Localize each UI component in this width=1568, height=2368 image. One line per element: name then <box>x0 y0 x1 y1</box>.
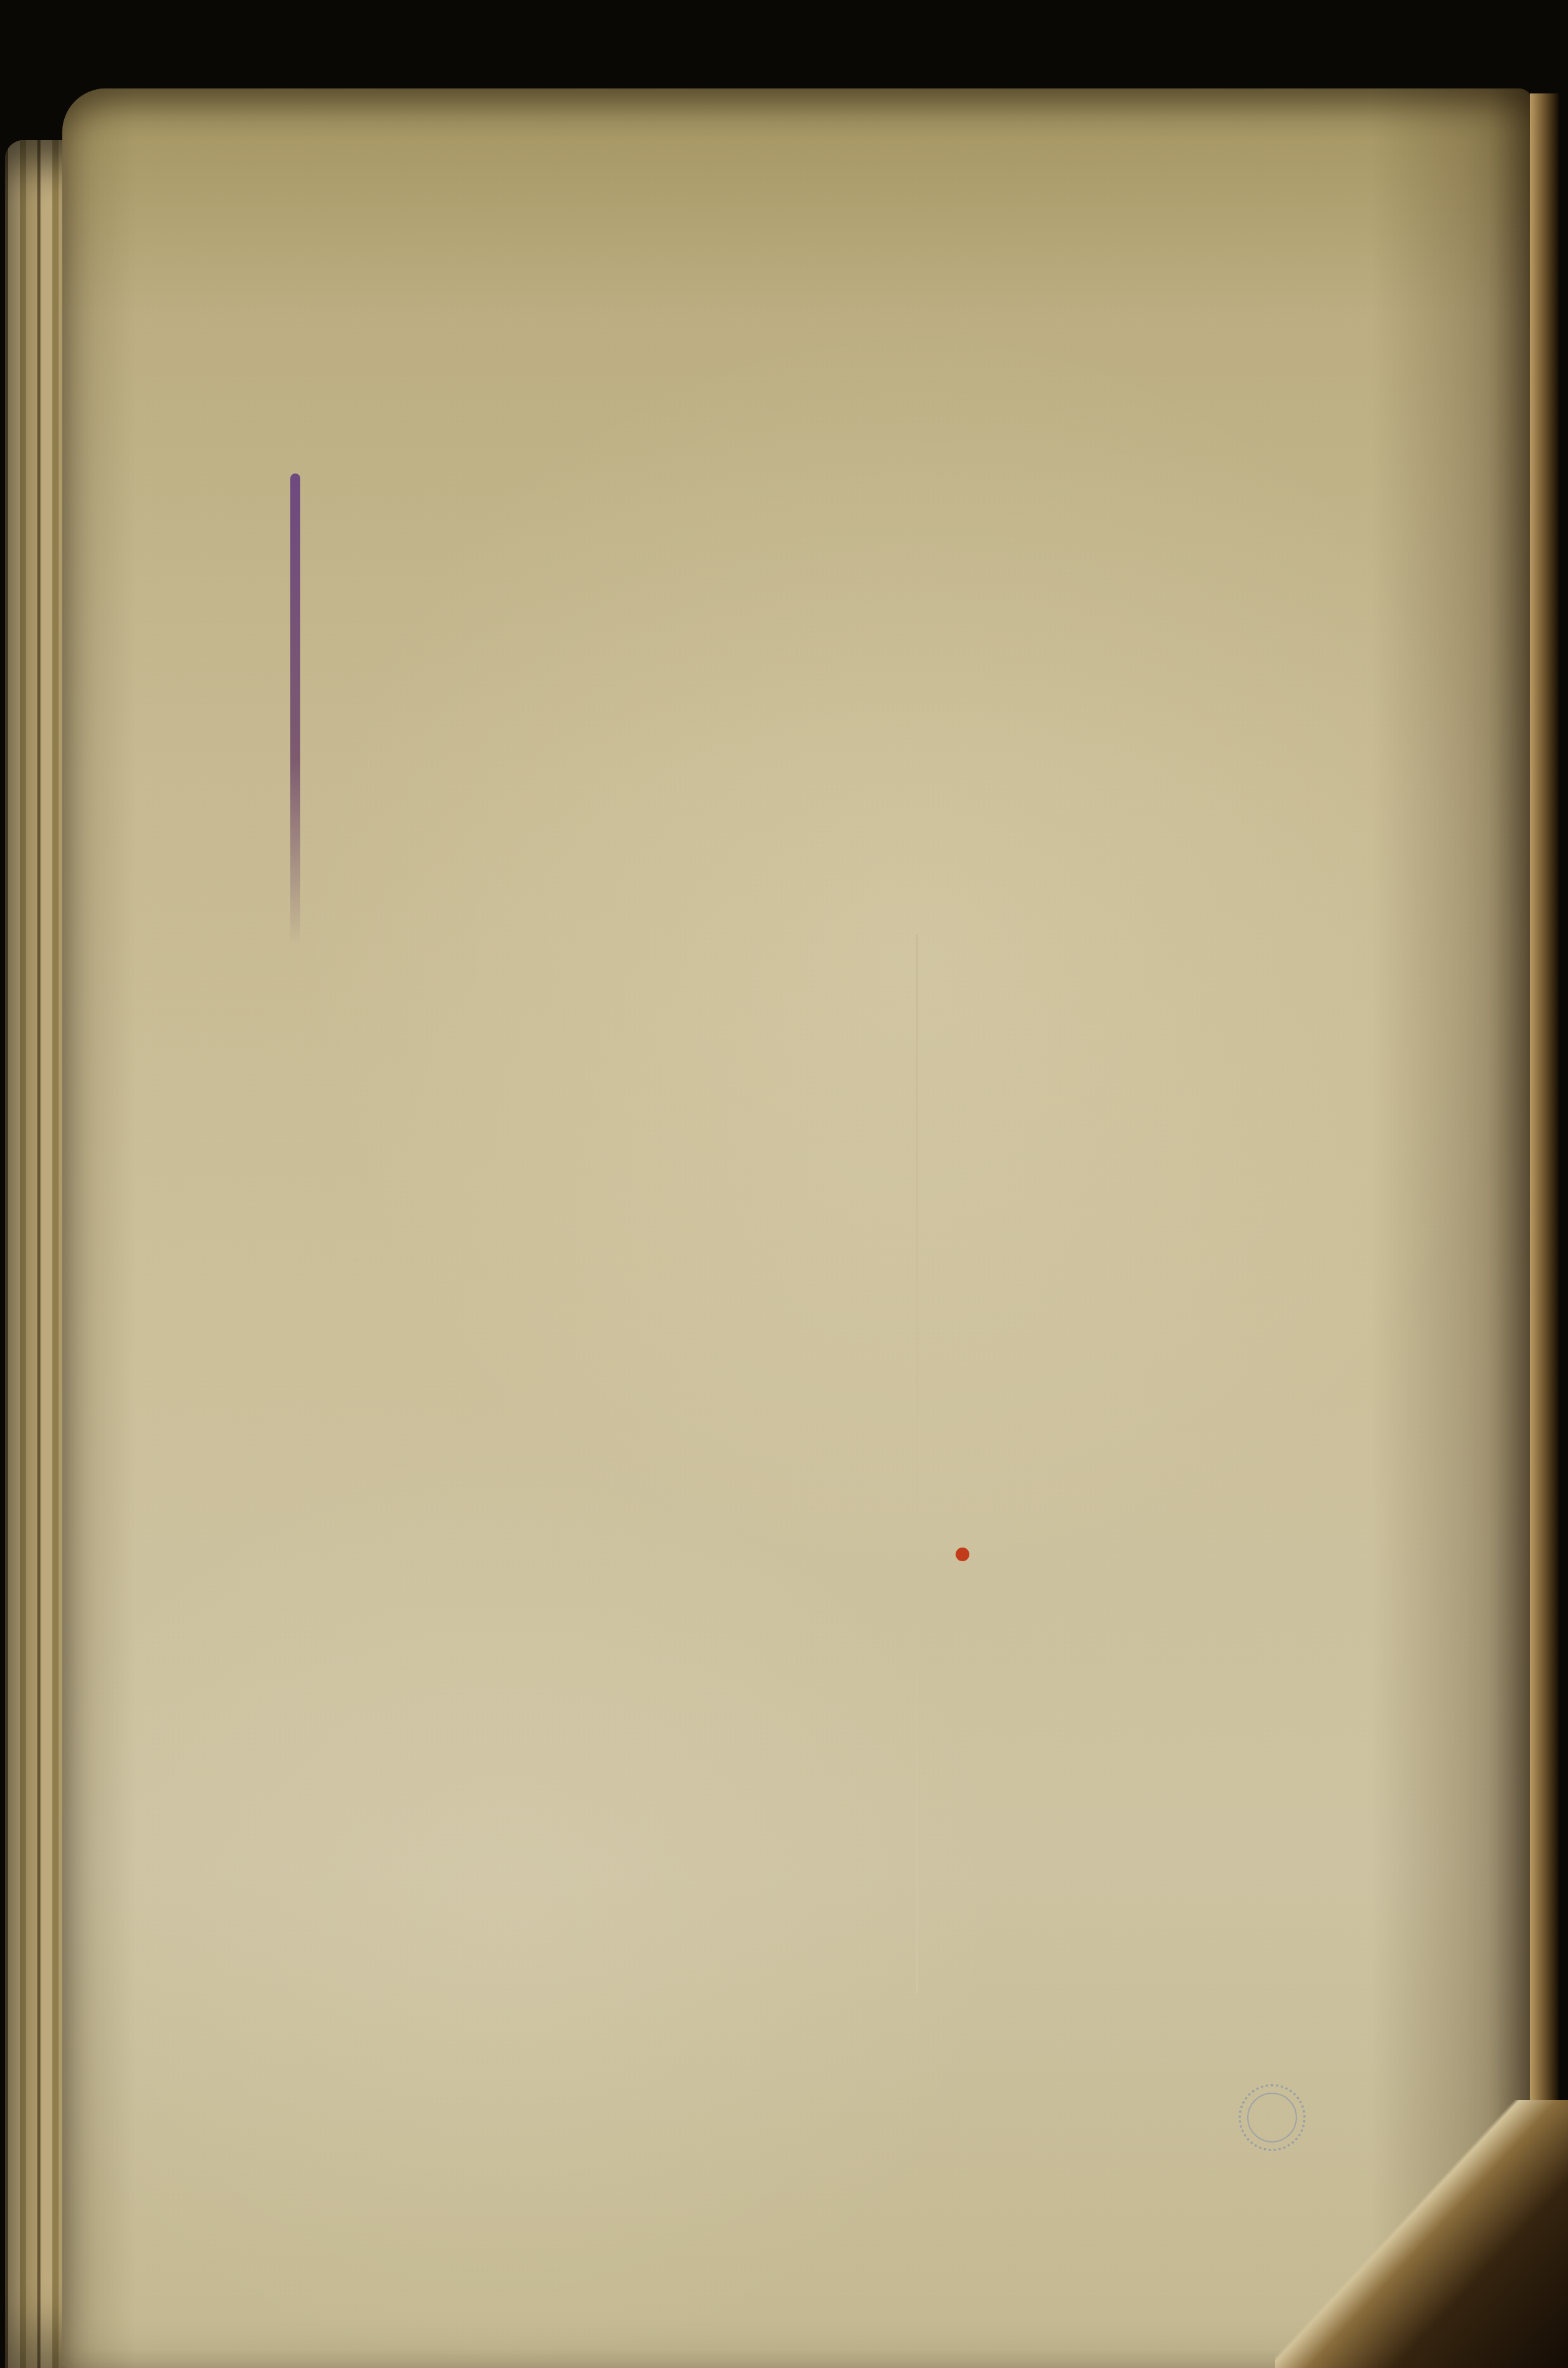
drop-cap-descender <box>290 473 300 947</box>
initial-red-dot <box>956 1548 969 1561</box>
manuscript-photo <box>0 0 1568 2368</box>
parchment-crease <box>916 934 918 1994</box>
book-fore-edge <box>1530 93 1559 2368</box>
university-seal <box>1238 2084 1306 2151</box>
cover-corner <box>1275 2100 1568 2368</box>
university-seal-emblem <box>1247 2093 1297 2142</box>
manuscript-page <box>62 88 1532 2368</box>
